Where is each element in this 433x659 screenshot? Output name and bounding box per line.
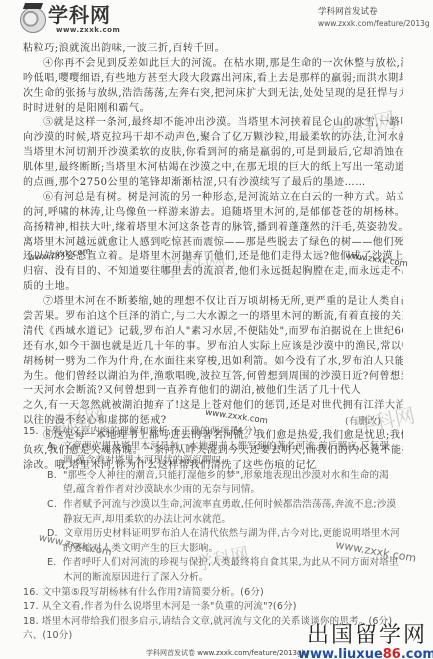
option-text: 作者呼吁人们对河流的珍视与保护,人类最终将自食其果,为此从不同方面对塔里	[62, 557, 398, 568]
option-label: C.	[47, 499, 57, 510]
brand-url[interactable]: www.liuxue86.com	[298, 648, 433, 659]
question-15: 15. 下列对文章内容的理解和赏析,不正确的两项是 (4分)	[23, 425, 413, 440]
answer-option-b: 望,蕴含着作者对沙漠缺水少雨的无奈与同情。	[23, 483, 413, 498]
article-line: 肌体里,最终断断;当塔里木河枯竭在沙漠之中,在那无垠的巨大的纸上写出一笔动道	[23, 161, 403, 176]
logo-url: www.zxxk.com	[56, 26, 120, 34]
article-line: 时时迸射的是阳刚和霸气。	[23, 102, 403, 117]
article-line: 还有水,如今干涸也就是近几十年的事。罗布泊人实际上应该是沙漠中的渔民,常以中空的	[23, 340, 403, 355]
option-text: 望,蕴含着作者对沙漠缺水少雨的无奈与同情。	[63, 484, 260, 495]
answer-option-a: 调,蕴含着对塔里木河现状的深沉喟叹。	[23, 454, 413, 469]
graduation-cap-icon	[23, 3, 43, 9]
article-line: 高扬精神,相扶大叶,缘着塔里木河这条苍青的脉管,播到着蓬蓬然的汗毛,英姿勃发。但…	[23, 221, 403, 236]
article-line: ④你再不会见到反差如此巨大的河流。在枯水期,那是生命的一次休整与放松,河水浅	[23, 57, 403, 72]
article-line: 归宿、没有目的、不知道要往哪里去的流浪者,他们永远挺起胸膛在走,而永远走不出这块…	[23, 265, 403, 280]
answer-option-e: E.作者呼吁人们对河流的珍视与保护,人类最终将自食其果,为此从不同方面对塔里	[23, 556, 413, 571]
article-line: 当塔里木河切割开沙漠柔软的皮肤,你看到河的痛是羸弱的,可是到最后,它却消蚀在沙漠…	[23, 146, 403, 161]
article-line: ⑦塔里木河在不断萎缩,她的理想不仅让百万顷胡杨无所,更严重的是让人类自己	[23, 295, 403, 310]
liuxue86-brand[interactable]: 出国留学网 www.liuxue86.com	[298, 624, 433, 659]
article-line: ⑥有河总是有树。树是河流的另一种形态,是河流站立在白云的一种方式。站立起来	[23, 191, 403, 206]
article-line: 尝苦果。罗布泊这个巨泽的消亡,与二大水源之一的塔里木河的断流,有着直接的关系。据	[23, 310, 403, 325]
answer-option-e: 木河的断流原因进行了深入分析。	[23, 571, 413, 586]
article-line: 一天河水会断流?又何曾想到一直养育他们的湖泊,被他们生活了几十代人	[23, 384, 403, 399]
option-text: 作者赋予河流与沙漠以生命,河流率直勇敢,任何时候都浩浩荡荡,奔流不息;沙漠	[63, 499, 396, 510]
header-url[interactable]: www.zxxk.com/feature/2013g	[318, 18, 430, 29]
header-title: 学科网首发试卷	[318, 6, 430, 18]
question-15-number: 15.	[23, 426, 39, 437]
article-line: 粘粒巧;浪就流出韵味,一波三折,百转千回。	[23, 42, 403, 57]
option-label: A.	[47, 441, 57, 452]
article-line: 次生命的张扬与放纵,浩浩荡荡,左奔右突,把河床扩大到无法,处处呈现的是狂悍与力量…	[23, 87, 403, 102]
answer-option-a: A.文章两次提及塔里木河是每一本地理书上都写到的著名河流,前后照应,反复强	[23, 440, 413, 455]
logo-title: 学科网	[48, 4, 111, 26]
option-text: 调,蕴含着对塔里木河现状的深沉喟叹。	[63, 455, 231, 466]
question-15-score: (4分)	[233, 425, 257, 440]
option-text: 文章用历史材料证明罗布泊人在清代依然与湖为伴,古今对比,更能说明塔里木河	[64, 528, 400, 539]
option-text: 文章两次提及塔里木河是每一本地理书上都写到的著名河流,前后照应,反复强	[63, 441, 390, 452]
question-section: 15. 下列对文章内容的理解和赏析,不正确的两项是 (4分) A.文章两次提及塔…	[23, 425, 413, 644]
brand-name: 出国留学网	[298, 624, 433, 648]
page-header: 学科网 www.zxxk.com 学科网首发试卷 www.zxxk.com/fe…	[0, 0, 433, 40]
article-line: 的点画,那个2750公里的笔锋却渐渐枯涩,只有沙漠续写了最后的墨迹……	[23, 176, 403, 191]
answer-option-c: C.作者赋予河流与沙漠以生命,河流率直勇敢,任何时候都浩浩荡荡,奔流不息;沙漠	[23, 498, 413, 513]
article-line: 向沙漠的时候,塔克拉玛干却不动声色,聚合了亿万颗沙粒,用最柔软的办法,让河水就范…	[23, 131, 403, 146]
zxxk-logo[interactable]: 学科网 www.zxxk.com	[18, 3, 128, 35]
answer-option-c: 静寂无声,却用柔软的办法让河水就范。	[23, 513, 413, 528]
mascot-icon	[20, 7, 46, 33]
option-text: "那些令人神往的潮音,只能打湿他乡的梦",形象地表现出沙漠对水和生命的渴	[63, 470, 389, 481]
question-15-text: 下列对文章内容的理解和赏析,不正确的两项是	[42, 426, 239, 437]
article-line: 胡杨树一劈为二作为什舟,在水面往来穿梭,迅如利箭。如今没有了水,罗布泊人只能以上	[23, 355, 403, 370]
answer-options: A.文章两次提及塔里木河是每一本地理书上都写到的著名河流,前后照应,反复强调,蕴…	[23, 440, 413, 586]
article-line: 质的土地。	[23, 280, 403, 295]
article-line: 清代《西域水道记》记载,罗布泊人"素习水居,不便陆处",而罗布泊据说在上世纪60…	[23, 325, 403, 340]
option-text: 静寂无声,却用柔软的办法让河水就范。	[63, 514, 231, 525]
option-label: E.	[47, 557, 56, 568]
article-line: 为生。他们曾经以湖泊为伴,渔歌唱晚,波拉互答,何曾想到周围的沙漠日近?何曾想到有	[23, 370, 403, 385]
footer-source: 学科网首发试卷 www.zxxk.com/feature/2013gk/	[146, 648, 308, 658]
option-label: B.	[47, 470, 57, 481]
answer-option-b: B."那些令人神往的潮音,只能打湿他乡的梦",形象地表现出沙漠对水和生命的渴	[23, 469, 413, 484]
question-16: 16. 文中第⑤段写胡杨林有什么作用?请简要分析。(6分)	[23, 586, 413, 601]
article-line: 吟低唱,嘤嘤细语,有些地方甚至大段大段露出河床,看上去是那样的羸弱;而洪水期却是…	[23, 72, 403, 87]
article-line: 的河,呼啸的林涛,让鸟像鱼一样游来游去。追随塔里木河的,是郁郁苍苍的胡杨林。他们	[23, 206, 403, 221]
question-17: 17. 从全文看,作者为什么说塔里木河是一条"负重的河流"?(6分)	[23, 600, 413, 615]
answer-option-d: D.文章用历史材料证明罗布泊人在清代依然与湖为伴,古今对比,更能说明塔里木河	[23, 527, 413, 542]
option-text: 木河的断流原因进行了深入分析。	[63, 572, 209, 583]
article-line: ⑤就是这样一条河,最终却不能冲出沙漠。当塔里木河挟着昆仑山的冰雪,一路呐喊冲	[23, 116, 403, 131]
header-info: 学科网首发试卷 www.zxxk.com/feature/2013g	[318, 6, 430, 29]
